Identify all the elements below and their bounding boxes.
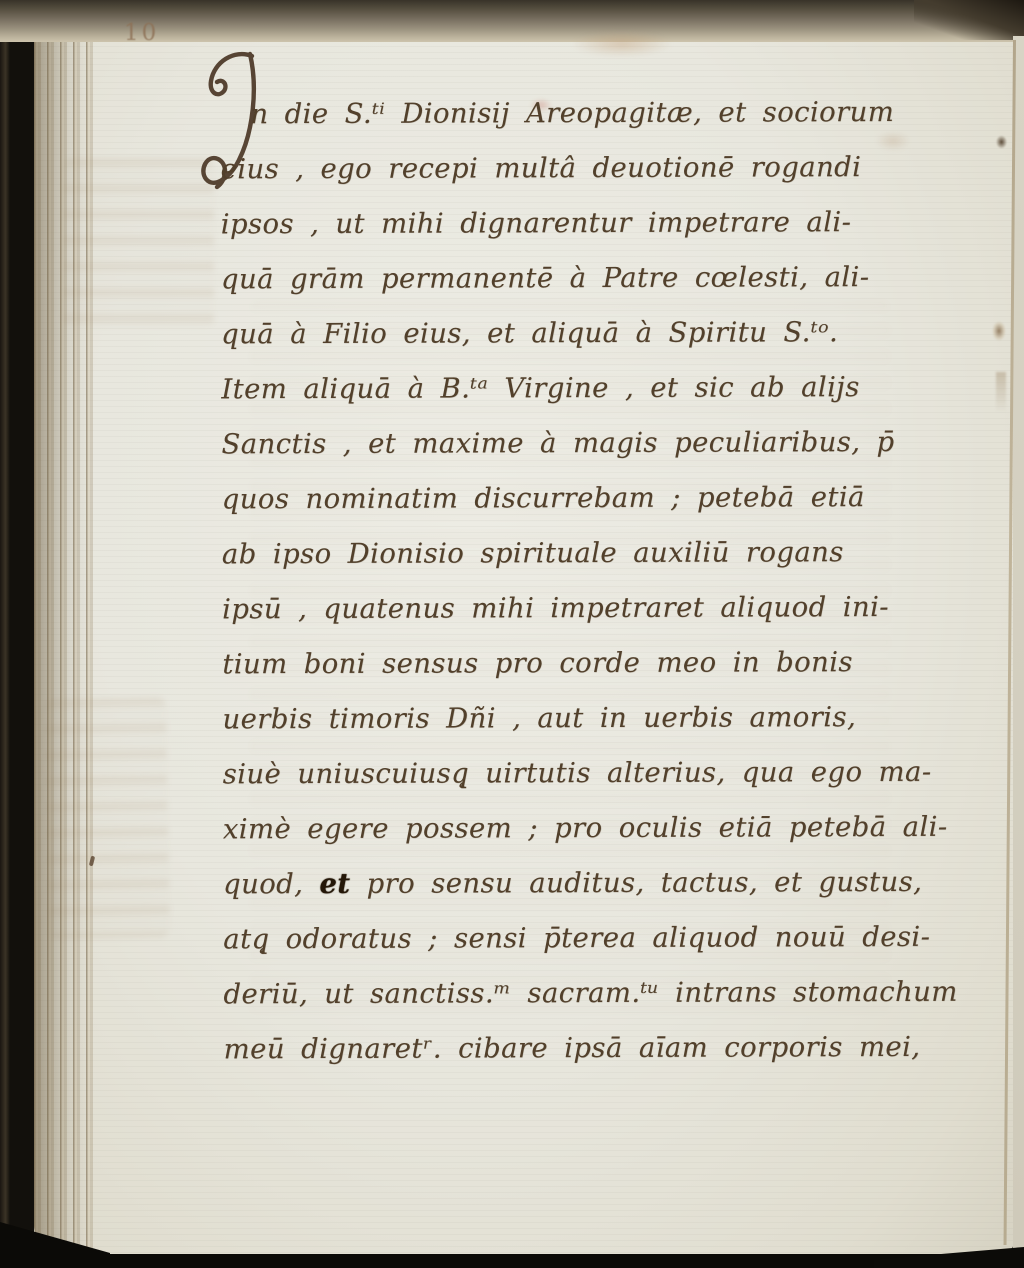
manuscript-line: ipsū , quatenus mihi impetraret aliquod … — [222, 580, 978, 638]
manuscript-line: quos nominatim discurrebam ; petebā etiā — [222, 470, 978, 528]
scan-bottom-edge — [0, 1254, 1024, 1268]
manuscript-line: ximè egere possem ; pro oculis etiā pete… — [223, 800, 979, 858]
manuscript-line: ab ipso Dionisio spirituale auxiliū roga… — [222, 525, 978, 583]
scan-left-edge — [0, 0, 10, 1268]
paper-blemish — [994, 133, 1009, 151]
manuscript-line: siuè uniuscuiusq̨ uirtutis alterius, qua… — [223, 745, 979, 803]
manuscript-lines: n die S.ᵗⁱ Dionisij Areopagitæ, et socio… — [220, 85, 979, 1078]
manuscript-line: meū dignaretʳ. cibare ipsā aīam corporis… — [224, 1020, 980, 1078]
manuscript-line: quod, et pro sensu auditus, tactus, et g… — [223, 855, 979, 913]
manuscript-line: tium boni sensus pro corde meo in bonis — [222, 635, 978, 693]
folio-number: 10 — [124, 20, 184, 46]
manuscript-line: Sanctis , et maxime à magis peculiaribus… — [221, 415, 977, 473]
manuscript-line: atq̨ odoratus ; sensi p̄terea aliquod no… — [223, 910, 979, 968]
underlying-leaf-edge — [1013, 36, 1024, 1248]
manuscript-line: deriū, ut sanctiss.ᵐ sacram.ᵗᵘ intrans s… — [223, 965, 979, 1023]
manuscript-line: Item aliquā à B.ᵗᵃ Virgine , et sic ab a… — [221, 360, 977, 418]
paper-blemish — [996, 372, 1006, 412]
binding-gutter — [34, 36, 96, 1248]
manuscript-line: n die S.ᵗⁱ Dionisij Areopagitæ, et socio… — [220, 85, 976, 143]
manuscript-line: quā grām permanentē à Patre cœlesti, ali… — [221, 250, 977, 308]
manuscript-line: eius , ego recepi multâ deuotionē rogand… — [220, 140, 976, 198]
manuscript-line: ipsos , ut mihi dignarentur impetrare al… — [221, 195, 977, 253]
paper-stain — [552, 26, 692, 62]
manuscript-page-scan: 10 n die S.ᵗⁱ Dionisij Areopagitæ, et so… — [0, 0, 1024, 1268]
paper-blemish — [990, 318, 1008, 344]
manuscript-line: quā à Filio eius, et aliquā à Spiritu S.… — [221, 305, 977, 363]
ink-blot-word: et — [319, 868, 350, 900]
scan-top-right-shadow — [914, 0, 1024, 40]
manuscript-line: uerbis timoris Dñi , aut in uerbis amori… — [222, 690, 978, 748]
